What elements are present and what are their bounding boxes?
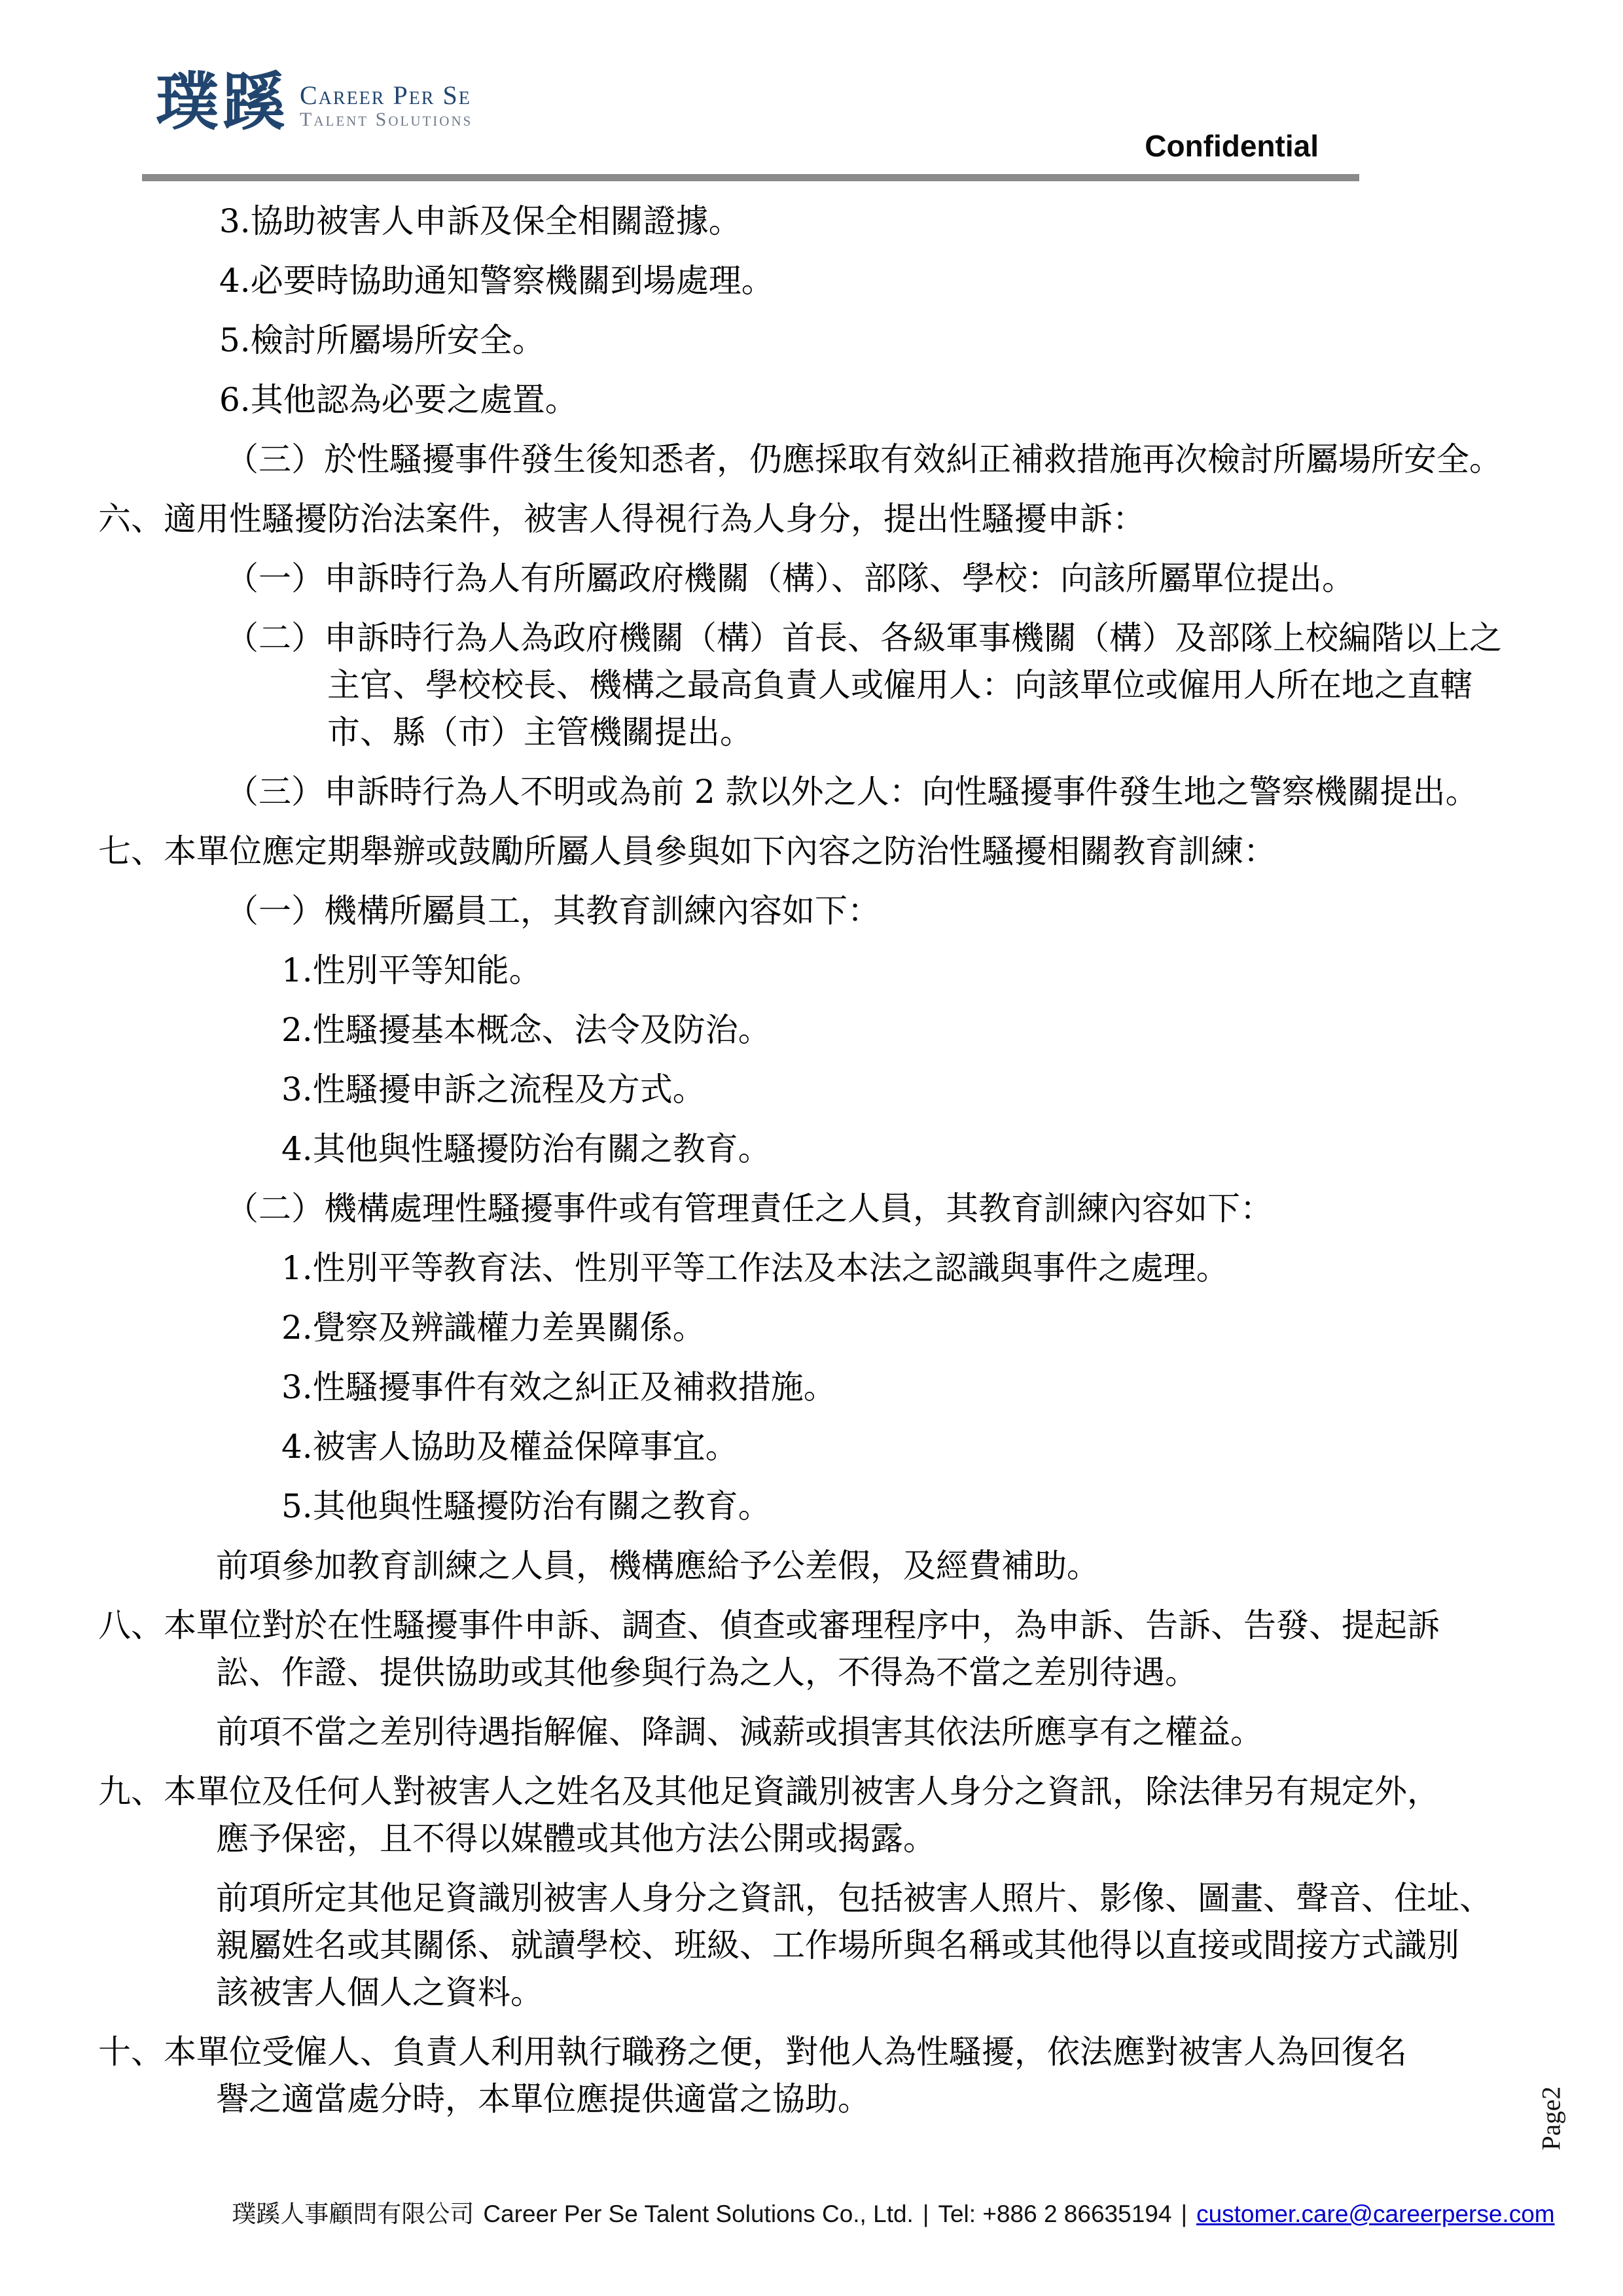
tel-label: Tel: +886 2 86635194 bbox=[938, 2200, 1171, 2229]
logo-company-name: Career Per Se bbox=[300, 82, 473, 109]
company-name-cjk: 璞蹊人事顧問有限公司 bbox=[232, 2200, 474, 2229]
footer-divider: | bbox=[923, 2200, 929, 2229]
paragraph: 八、本單位對於在性騷擾事件申訴、調查、偵查或審理程序中，為申訴、告訴、告發、提起… bbox=[0, 1602, 1623, 1696]
paragraph: （一）申訴時行為人有所屬政府機關（構）、部隊、學校：向該所屬單位提出。 bbox=[0, 555, 1623, 602]
paragraph: 4.其他與性騷擾防治有關之教育。 bbox=[0, 1125, 1623, 1173]
confidential-label: Confidential bbox=[1145, 128, 1319, 164]
logo-cjk-mark: 璞蹊 bbox=[156, 71, 289, 133]
paragraph: （一）機構所屬員工，其教育訓練內容如下： bbox=[0, 887, 1623, 934]
paragraph: （三）於性騷擾事件發生後知悉者，仍應採取有效糾正補救措施再次檢討所屬場所安全。 bbox=[0, 436, 1623, 483]
paragraph: 前項所定其他足資識別被害人身分之資訊，包括被害人照片、影像、圖畫、聲音、住址、 … bbox=[0, 1875, 1623, 2016]
paragraph: 3.協助被害人申訴及保全相關證據。 bbox=[0, 198, 1623, 245]
document-body: 3.協助被害人申訴及保全相關證據。4.必要時協助通知警察機關到場處理。5.檢討所… bbox=[0, 198, 1623, 2135]
paragraph: 十、本單位受僱人、負責人利用執行職務之便，對他人為性騷擾，依法應對被害人為回復名… bbox=[0, 2028, 1623, 2123]
paragraph: 七、本單位應定期舉辦或鼓勵所屬人員參與如下內容之防治性騷擾相關教育訓練： bbox=[0, 828, 1623, 875]
paragraph: 3.性騷擾申訴之流程及方式。 bbox=[0, 1066, 1623, 1113]
paragraph: 4.被害人協助及權益保障事宜。 bbox=[0, 1423, 1623, 1470]
paragraph: 九、本單位及任何人對被害人之姓名及其他足資識別被害人身分之資訊，除法律另有規定外… bbox=[0, 1768, 1623, 1862]
header-rule bbox=[142, 174, 1359, 181]
paragraph: 2.性騷擾基本概念、法令及防治。 bbox=[0, 1006, 1623, 1053]
email-link[interactable]: customer.care@careerperse.com bbox=[1196, 2200, 1555, 2229]
page-number-label: Page2 bbox=[1536, 2073, 1567, 2164]
paragraph: 2.覺察及辨識權力差異關係。 bbox=[0, 1304, 1623, 1351]
paragraph: 5.其他與性騷擾防治有關之教育。 bbox=[0, 1483, 1623, 1530]
paragraph: （二）機構處理性騷擾事件或有管理責任之人員，其教育訓練內容如下： bbox=[0, 1185, 1623, 1232]
footer-divider: | bbox=[1181, 2200, 1187, 2229]
paragraph: 六、適用性騷擾防治法案件，被害人得視行為人身分，提出性騷擾申訴： bbox=[0, 495, 1623, 542]
paragraph: （二）申訴時行為人為政府機關（構）首長、各級軍事機關（構）及部隊上校編階以上之 … bbox=[0, 614, 1623, 756]
paragraph: 1.性別平等教育法、性別平等工作法及本法之認識與事件之處理。 bbox=[0, 1245, 1623, 1292]
paragraph: 前項參加教育訓練之人員，機構應給予公差假，及經費補助。 bbox=[0, 1542, 1623, 1589]
company-name-en: Career Per Se Talent Solutions Co., Ltd. bbox=[483, 2200, 913, 2229]
paragraph: 3.性騷擾事件有效之糾正及補救措施。 bbox=[0, 1364, 1623, 1411]
logo-tagline: Talent Solutions bbox=[300, 109, 473, 131]
paragraph: （三）申訴時行為人不明或為前 2 款以外之人：向性騷擾事件發生地之警察機關提出。 bbox=[0, 768, 1623, 815]
paragraph: 4.必要時協助通知警察機關到場處理。 bbox=[0, 257, 1623, 304]
paragraph: 5.檢討所屬場所安全。 bbox=[0, 317, 1623, 364]
logo-wordmark: Career Per Se Talent Solutions bbox=[300, 82, 473, 133]
paragraph: 前項不當之差別待遇指解僱、降調、減薪或損害其依法所應享有之權益。 bbox=[0, 1708, 1623, 1756]
paragraph: 6.其他認為必要之處置。 bbox=[0, 376, 1623, 423]
company-logo: 璞蹊 Career Per Se Talent Solutions bbox=[156, 71, 473, 133]
page-footer: 璞蹊人事顧問有限公司 Career Per Se Talent Solution… bbox=[0, 2200, 1623, 2229]
page: 璞蹊 Career Per Se Talent Solutions Confid… bbox=[0, 0, 1623, 2296]
paragraph: 1.性別平等知能。 bbox=[0, 947, 1623, 994]
